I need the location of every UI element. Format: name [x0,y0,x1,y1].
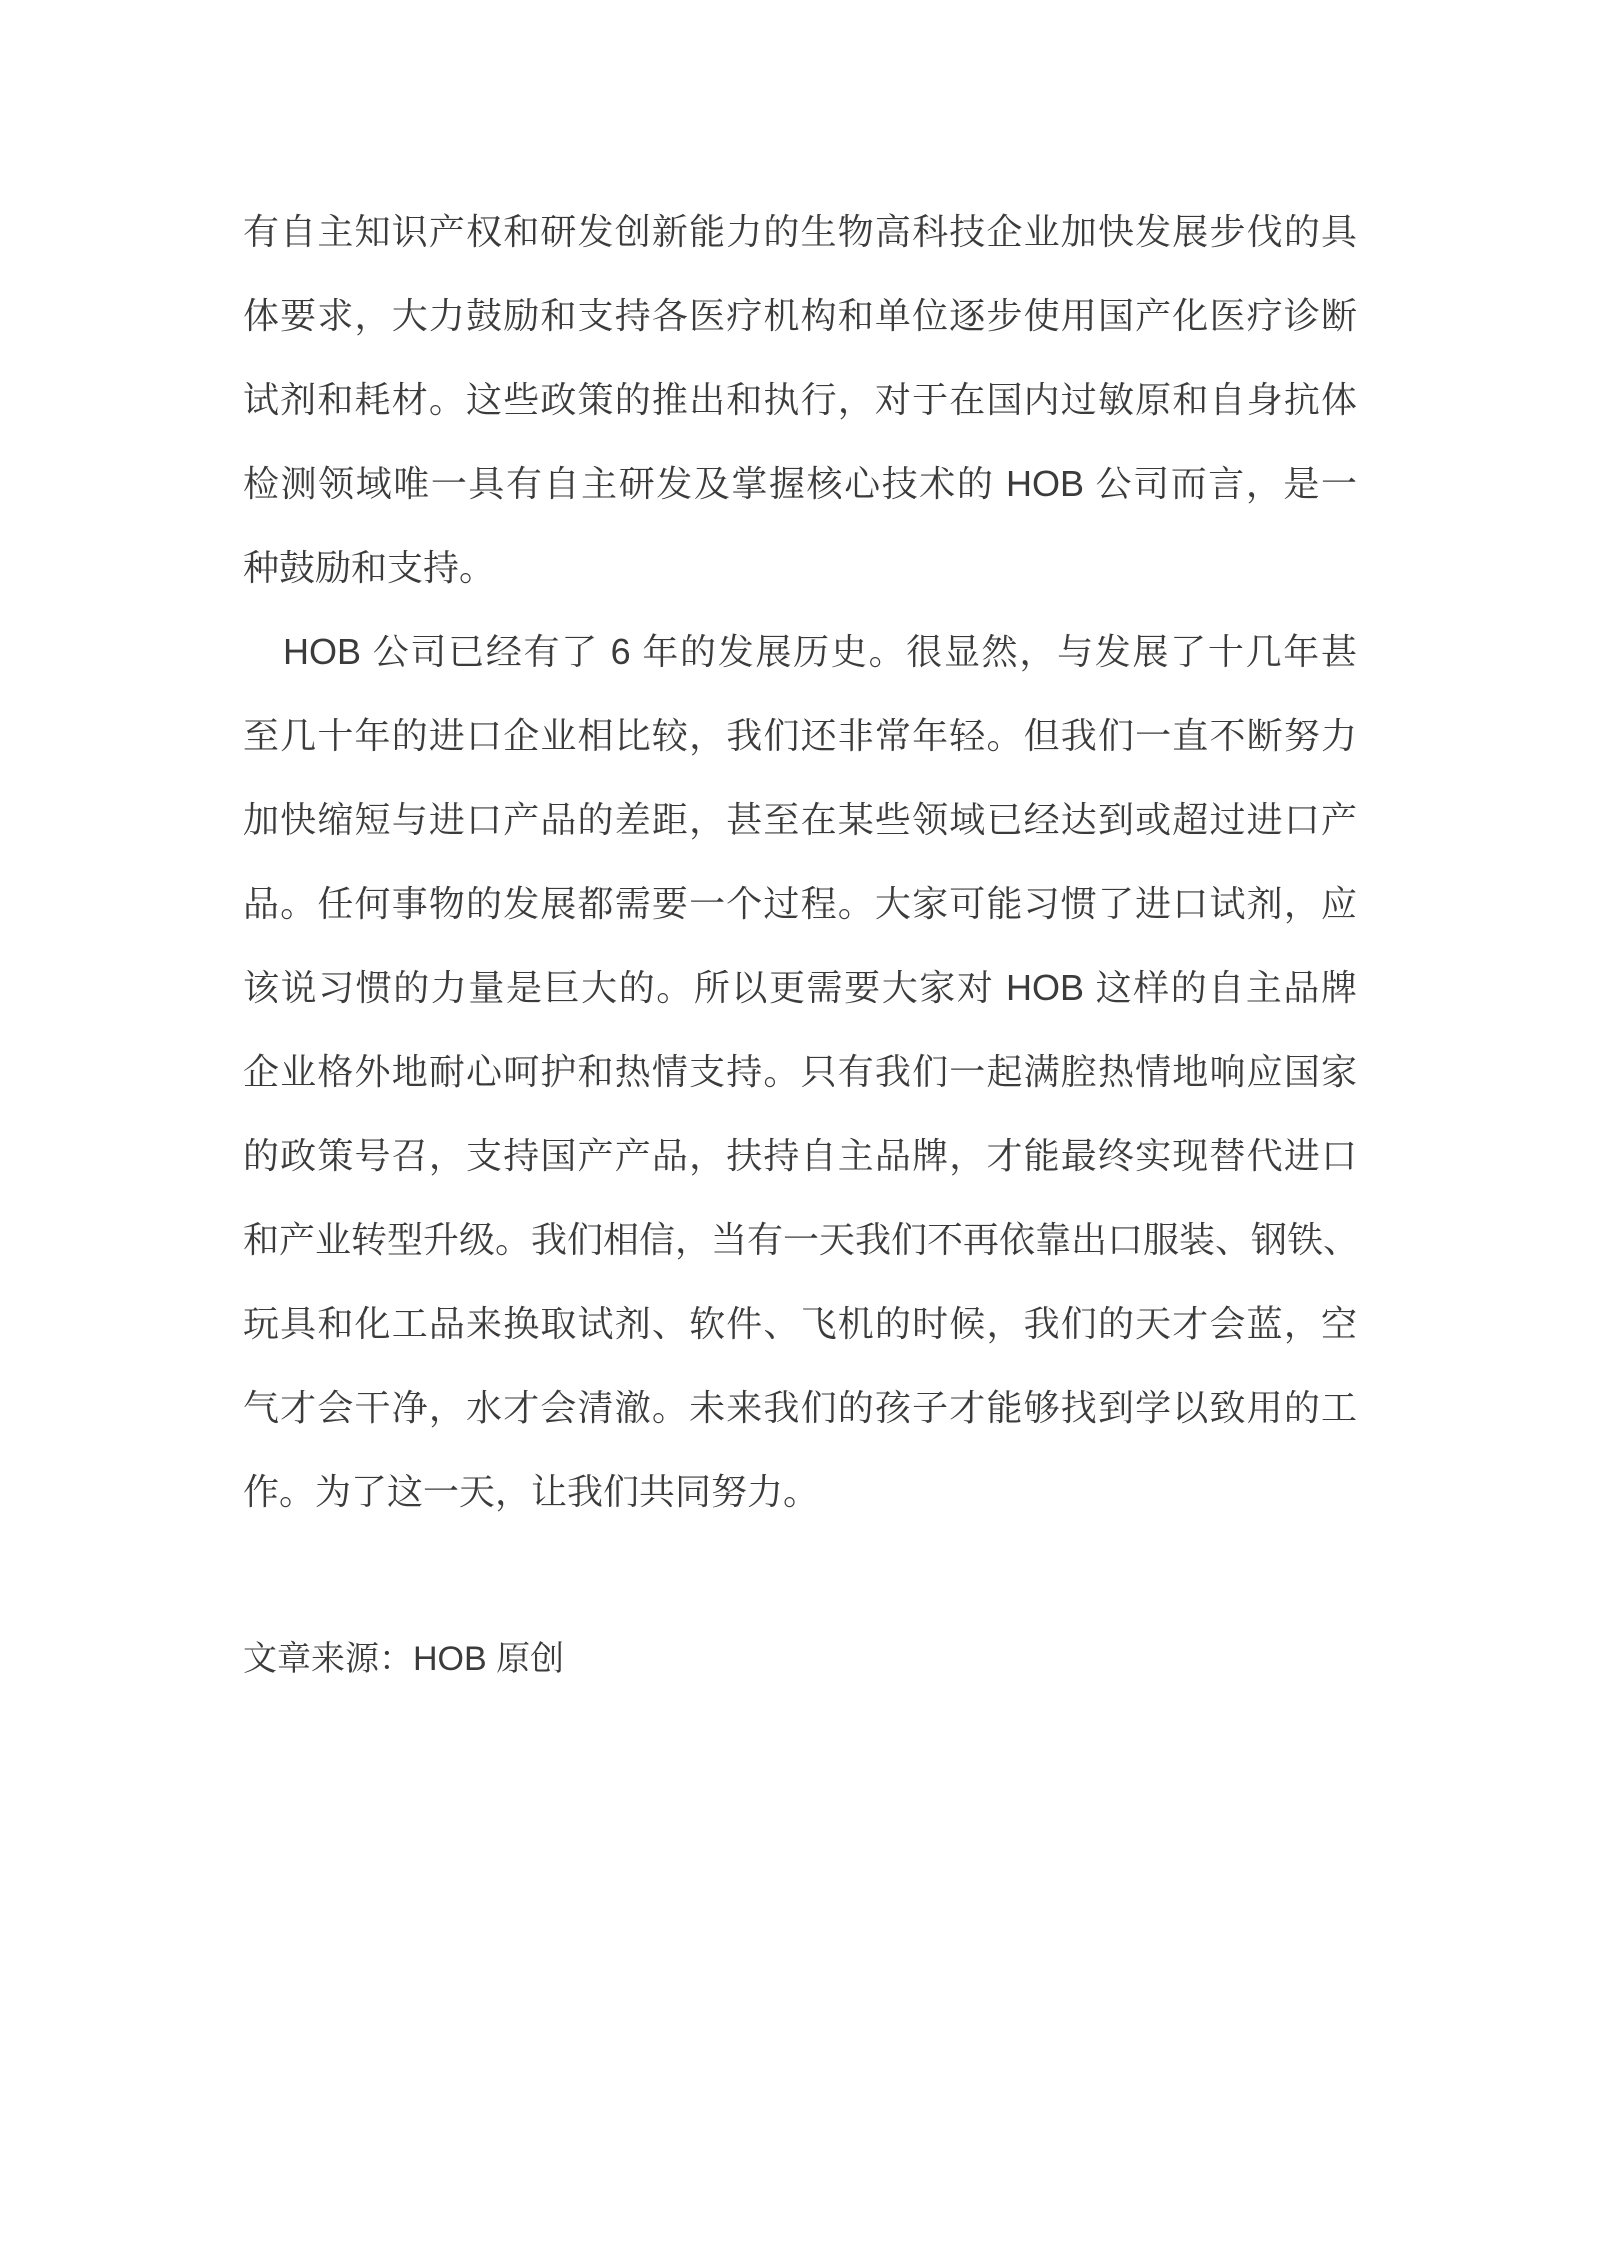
text-line: 和产业转型升级。我们相信，当有一天我们不再依靠出口服装、钢铁、 [243,1198,1357,1282]
article-body: 有自主知识产权和研发创新能力的生物高科技企业加快发展步伐的具 体要求，大力鼓励和… [243,190,1357,1534]
text-line: 加快缩短与进口产品的差距，甚至在某些领域已经达到或超过进口产 [243,778,1357,862]
text-line: 气才会干净，水才会清澈。未来我们的孩子才能够找到学以致用的工 [243,1366,1357,1450]
text-line: HOB 公司已经有了 6 年的发展历史。很显然，与发展了十几年甚 [243,610,1357,694]
text-line: 的政策号召，支持国产产品，扶持自主品牌，才能最终实现替代进口 [243,1114,1357,1198]
text-line: 玩具和化工品来换取试剂、软件、飞机的时候，我们的天才会蓝，空 [243,1282,1357,1366]
text-line: 体要求，大力鼓励和支持各医疗机构和单位逐步使用国产化医疗诊断 [243,274,1357,358]
source-line: 文章来源：HOB 原创 [243,1617,564,1701]
text-line: 企业格外地耐心呵护和热情支持。只有我们一起满腔热情地响应国家 [243,1030,1357,1114]
text-line: 品。任何事物的发展都需要一个过程。大家可能习惯了进口试剂，应 [243,862,1357,946]
text-line: 检测领域唯一具有自主研发及掌握核心技术的 HOB 公司而言，是一 [243,442,1357,526]
text-line: 作。为了这一天，让我们共同努力。 [243,1450,1357,1534]
text-line: 该说习惯的力量是巨大的。所以更需要大家对 HOB 这样的自主品牌 [243,946,1357,1030]
text-line: 种鼓励和支持。 [243,526,1357,610]
text-line: 试剂和耗材。这些政策的推出和执行，对于在国内过敏原和自身抗体 [243,358,1357,442]
text-line: 有自主知识产权和研发创新能力的生物高科技企业加快发展步伐的具 [243,190,1357,274]
text-line: 至几十年的进口企业相比较，我们还非常年轻。但我们一直不断努力 [243,694,1357,778]
paragraph-1: 有自主知识产权和研发创新能力的生物高科技企业加快发展步伐的具 体要求，大力鼓励和… [243,190,1357,610]
document-page: 有自主知识产权和研发创新能力的生物高科技企业加快发展步伐的具 体要求，大力鼓励和… [0,0,1600,2263]
paragraph-2: HOB 公司已经有了 6 年的发展历史。很显然，与发展了十几年甚 至几十年的进口… [243,610,1357,1534]
